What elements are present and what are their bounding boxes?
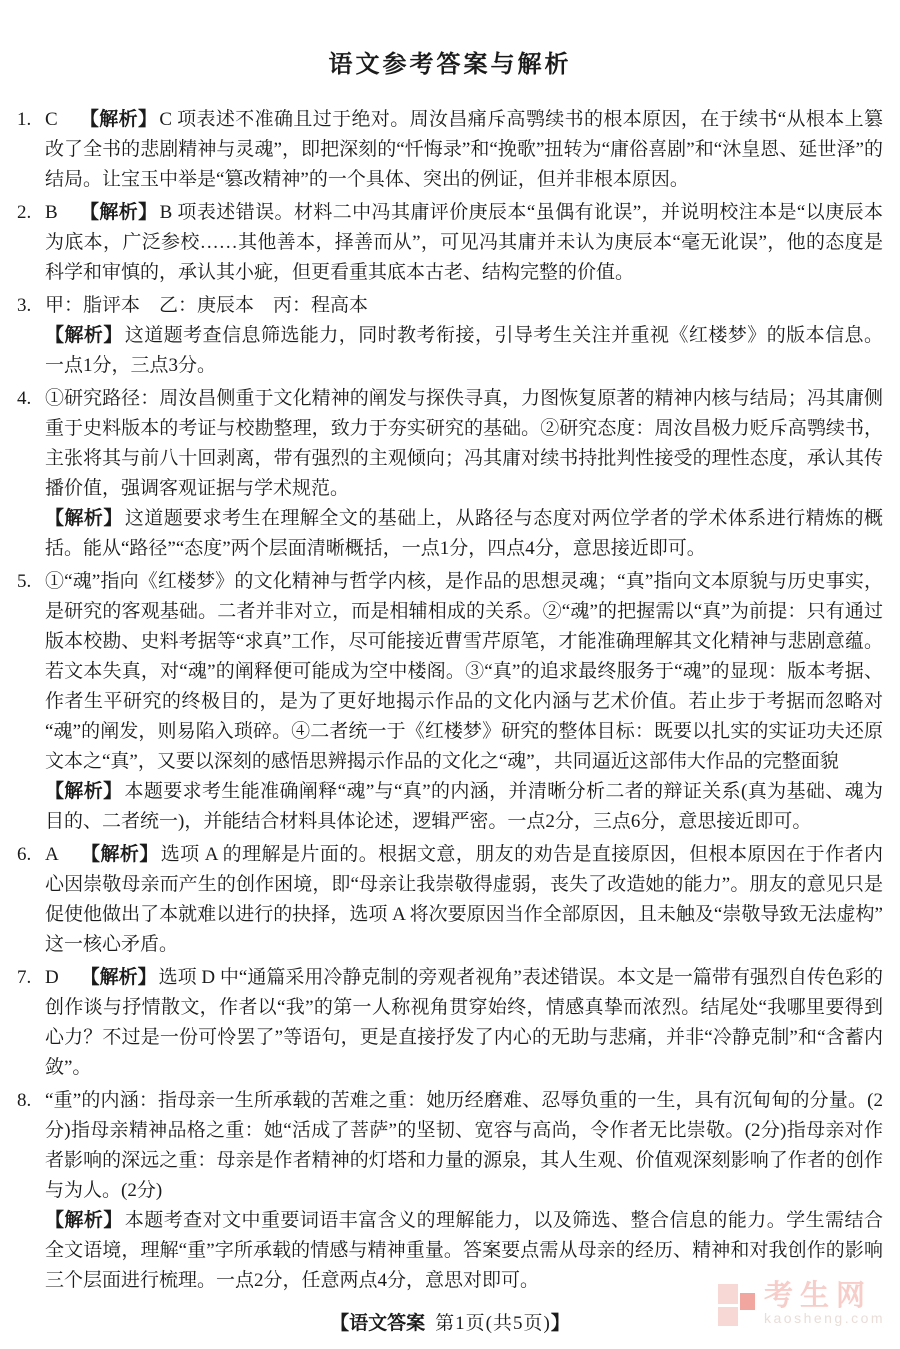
- jiexi-label: 【解析】: [45, 781, 123, 802]
- answer-item-5: 5. ①“魂”指向《红楼梦》的文化精神与哲学内核，是作品的思想灵魂；“真”指向文…: [17, 567, 883, 837]
- answer-item-1: 1. C【解析】C 项表述不准确且过于绝对。周汝昌痛斥高鹗续书的根本原因，在于续…: [17, 105, 883, 195]
- jiexi-text: C 项表述不准确且过于绝对。周汝昌痛斥高鹗续书的根本原因，在于续书“从根本上篡改…: [45, 109, 883, 190]
- item-body: ①研究路径：周汝昌侧重于文化精神的阐发与探佚寻真，力图恢复原著的精神内核与结局；…: [45, 384, 883, 564]
- answer-item-7: 7. D【解析】选项 D 中“通篇采用冷静克制的旁观者视角”表述错误。本文是一篇…: [17, 963, 883, 1083]
- document-page: 语文参考答案与解析 1. C【解析】C 项表述不准确且过于绝对。周汝昌痛斥高鹗续…: [0, 0, 900, 1349]
- jiexi-text: 本题要求考生能准确阐释“魂”与“真”的内涵，并清晰分析二者的辩证关系(真为基础、…: [45, 781, 883, 832]
- jiexi-text: 本题考查对文中重要词语丰富含义的理解能力，以及筛选、整合信息的能力。学生需结合全…: [45, 1210, 883, 1291]
- jiexi-label: 【解析】: [80, 109, 158, 130]
- jiexi-label: 【解析】: [45, 508, 123, 529]
- jiexi-label: 【解析】: [81, 967, 157, 988]
- answer-letter: D: [45, 967, 59, 988]
- item-paragraph: 【解析】本题要求考生能准确阐释“魂”与“真”的内涵，并清晰分析二者的辩证关系(真…: [45, 777, 883, 837]
- item-body: C【解析】C 项表述不准确且过于绝对。周汝昌痛斥高鹗续书的根本原因，在于续书“从…: [45, 105, 883, 195]
- jiexi-text: 这道题考查信息筛选能力，同时教考衔接，引导考生关注并重视《红楼梦》的版本信息。一…: [45, 325, 883, 376]
- item-paragraph: 【解析】本题考查对文中重要词语丰富含义的理解能力，以及筛选、整合信息的能力。学生…: [45, 1206, 883, 1296]
- item-body: 甲：脂评本 乙：庚辰本 丙：程高本 【解析】这道题考查信息筛选能力，同时教考衔接…: [45, 291, 883, 381]
- jiexi-text: B 项表述错误。材料二中冯其庸评价庚辰本“虽偶有讹误”，并说明校注本是“以庚辰本…: [45, 202, 883, 283]
- item-number: 7.: [17, 963, 45, 993]
- jiexi-text: 选项 A 的理解是片面的。根据文意，朋友的劝告是直接原因，但根本原因在于作者内心…: [45, 844, 883, 955]
- jiexi-label: 【解析】: [45, 1210, 123, 1231]
- answer-item-3: 3. 甲：脂评本 乙：庚辰本 丙：程高本 【解析】这道题考查信息筛选能力，同时教…: [17, 291, 883, 381]
- jiexi-label: 【解析】: [45, 325, 123, 346]
- item-number: 2.: [17, 198, 45, 228]
- answer-letter: B: [45, 202, 58, 223]
- item-paragraph: 【解析】这道题要求考生在理解全文的基础上，从路径与态度对两位学者的学术体系进行精…: [45, 504, 883, 564]
- footer-bracket-open: 【: [330, 1313, 349, 1334]
- item-number: 4.: [17, 384, 45, 414]
- answer-list: 1. C【解析】C 项表述不准确且过于绝对。周汝昌痛斥高鹗续书的根本原因，在于续…: [17, 105, 883, 1296]
- page-footer: 【语文答案第1页(共5页)】: [0, 1308, 900, 1335]
- item-paragraph: A【解析】选项 A 的理解是片面的。根据文意，朋友的劝告是直接原因，但根本原因在…: [45, 840, 883, 960]
- footer-page-number: 第1页(共5页): [435, 1313, 551, 1334]
- item-body: A【解析】选项 A 的理解是片面的。根据文意，朋友的劝告是直接原因，但根本原因在…: [45, 840, 883, 960]
- item-paragraph: B【解析】B 项表述错误。材料二中冯其庸评价庚辰本“虽偶有讹误”，并说明校注本是…: [45, 198, 883, 288]
- item-number: 8.: [17, 1086, 45, 1116]
- answer-text: ①“魂”指向《红楼梦》的文化精神与哲学内核，是作品的思想灵魂；“真”指向文本原貌…: [45, 567, 883, 777]
- item-number: 1.: [17, 105, 45, 135]
- answer-letter: C: [45, 109, 58, 130]
- answer-text: 甲：脂评本 乙：庚辰本 丙：程高本: [45, 291, 883, 321]
- jiexi-label: 【解析】: [80, 202, 158, 223]
- answer-text: ①研究路径：周汝昌侧重于文化精神的阐发与探佚寻真，力图恢复原著的精神内核与结局；…: [45, 384, 883, 504]
- answer-item-8: 8. “重”的内涵：指母亲一生所承载的苦难之重：她历经磨难、忍辱负重的一生，具有…: [17, 1086, 883, 1296]
- jiexi-text: 选项 D 中“通篇采用冷静克制的旁观者视角”表述错误。本文是一篇带有强烈自传色彩…: [45, 967, 883, 1078]
- footer-bracket-close: 】: [551, 1313, 570, 1334]
- item-paragraph: C【解析】C 项表述不准确且过于绝对。周汝昌痛斥高鹗续书的根本原因，在于续书“从…: [45, 105, 883, 195]
- answer-letter: A: [45, 844, 59, 865]
- item-paragraph: 【解析】这道题考查信息筛选能力，同时教考衔接，引导考生关注并重视《红楼梦》的版本…: [45, 321, 883, 381]
- answer-item-4: 4. ①研究路径：周汝昌侧重于文化精神的阐发与探佚寻真，力图恢复原著的精神内核与…: [17, 384, 883, 564]
- page-title: 语文参考答案与解析: [17, 44, 883, 79]
- item-number: 3.: [17, 291, 45, 321]
- item-body: B【解析】B 项表述错误。材料二中冯其庸评价庚辰本“虽偶有讹误”，并说明校注本是…: [45, 198, 883, 288]
- item-body: “重”的内涵：指母亲一生所承载的苦难之重：她历经磨难、忍辱负重的一生，具有沉甸甸…: [45, 1086, 883, 1296]
- footer-label: 语文答案: [349, 1313, 425, 1334]
- item-body: D【解析】选项 D 中“通篇采用冷静克制的旁观者视角”表述错误。本文是一篇带有强…: [45, 963, 883, 1083]
- answer-item-2: 2. B【解析】B 项表述错误。材料二中冯其庸评价庚辰本“虽偶有讹误”，并说明校…: [17, 198, 883, 288]
- answer-text: “重”的内涵：指母亲一生所承载的苦难之重：她历经磨难、忍辱负重的一生，具有沉甸甸…: [45, 1086, 883, 1206]
- item-number: 6.: [17, 840, 45, 870]
- answer-item-6: 6. A【解析】选项 A 的理解是片面的。根据文意，朋友的劝告是直接原因，但根本…: [17, 840, 883, 960]
- item-body: ①“魂”指向《红楼梦》的文化精神与哲学内核，是作品的思想灵魂；“真”指向文本原貌…: [45, 567, 883, 837]
- item-number: 5.: [17, 567, 45, 597]
- jiexi-text: 这道题要求考生在理解全文的基础上，从路径与态度对两位学者的学术体系进行精炼的概括…: [45, 508, 883, 559]
- jiexi-label: 【解析】: [81, 844, 159, 865]
- item-paragraph: D【解析】选项 D 中“通篇采用冷静克制的旁观者视角”表述错误。本文是一篇带有强…: [45, 963, 883, 1083]
